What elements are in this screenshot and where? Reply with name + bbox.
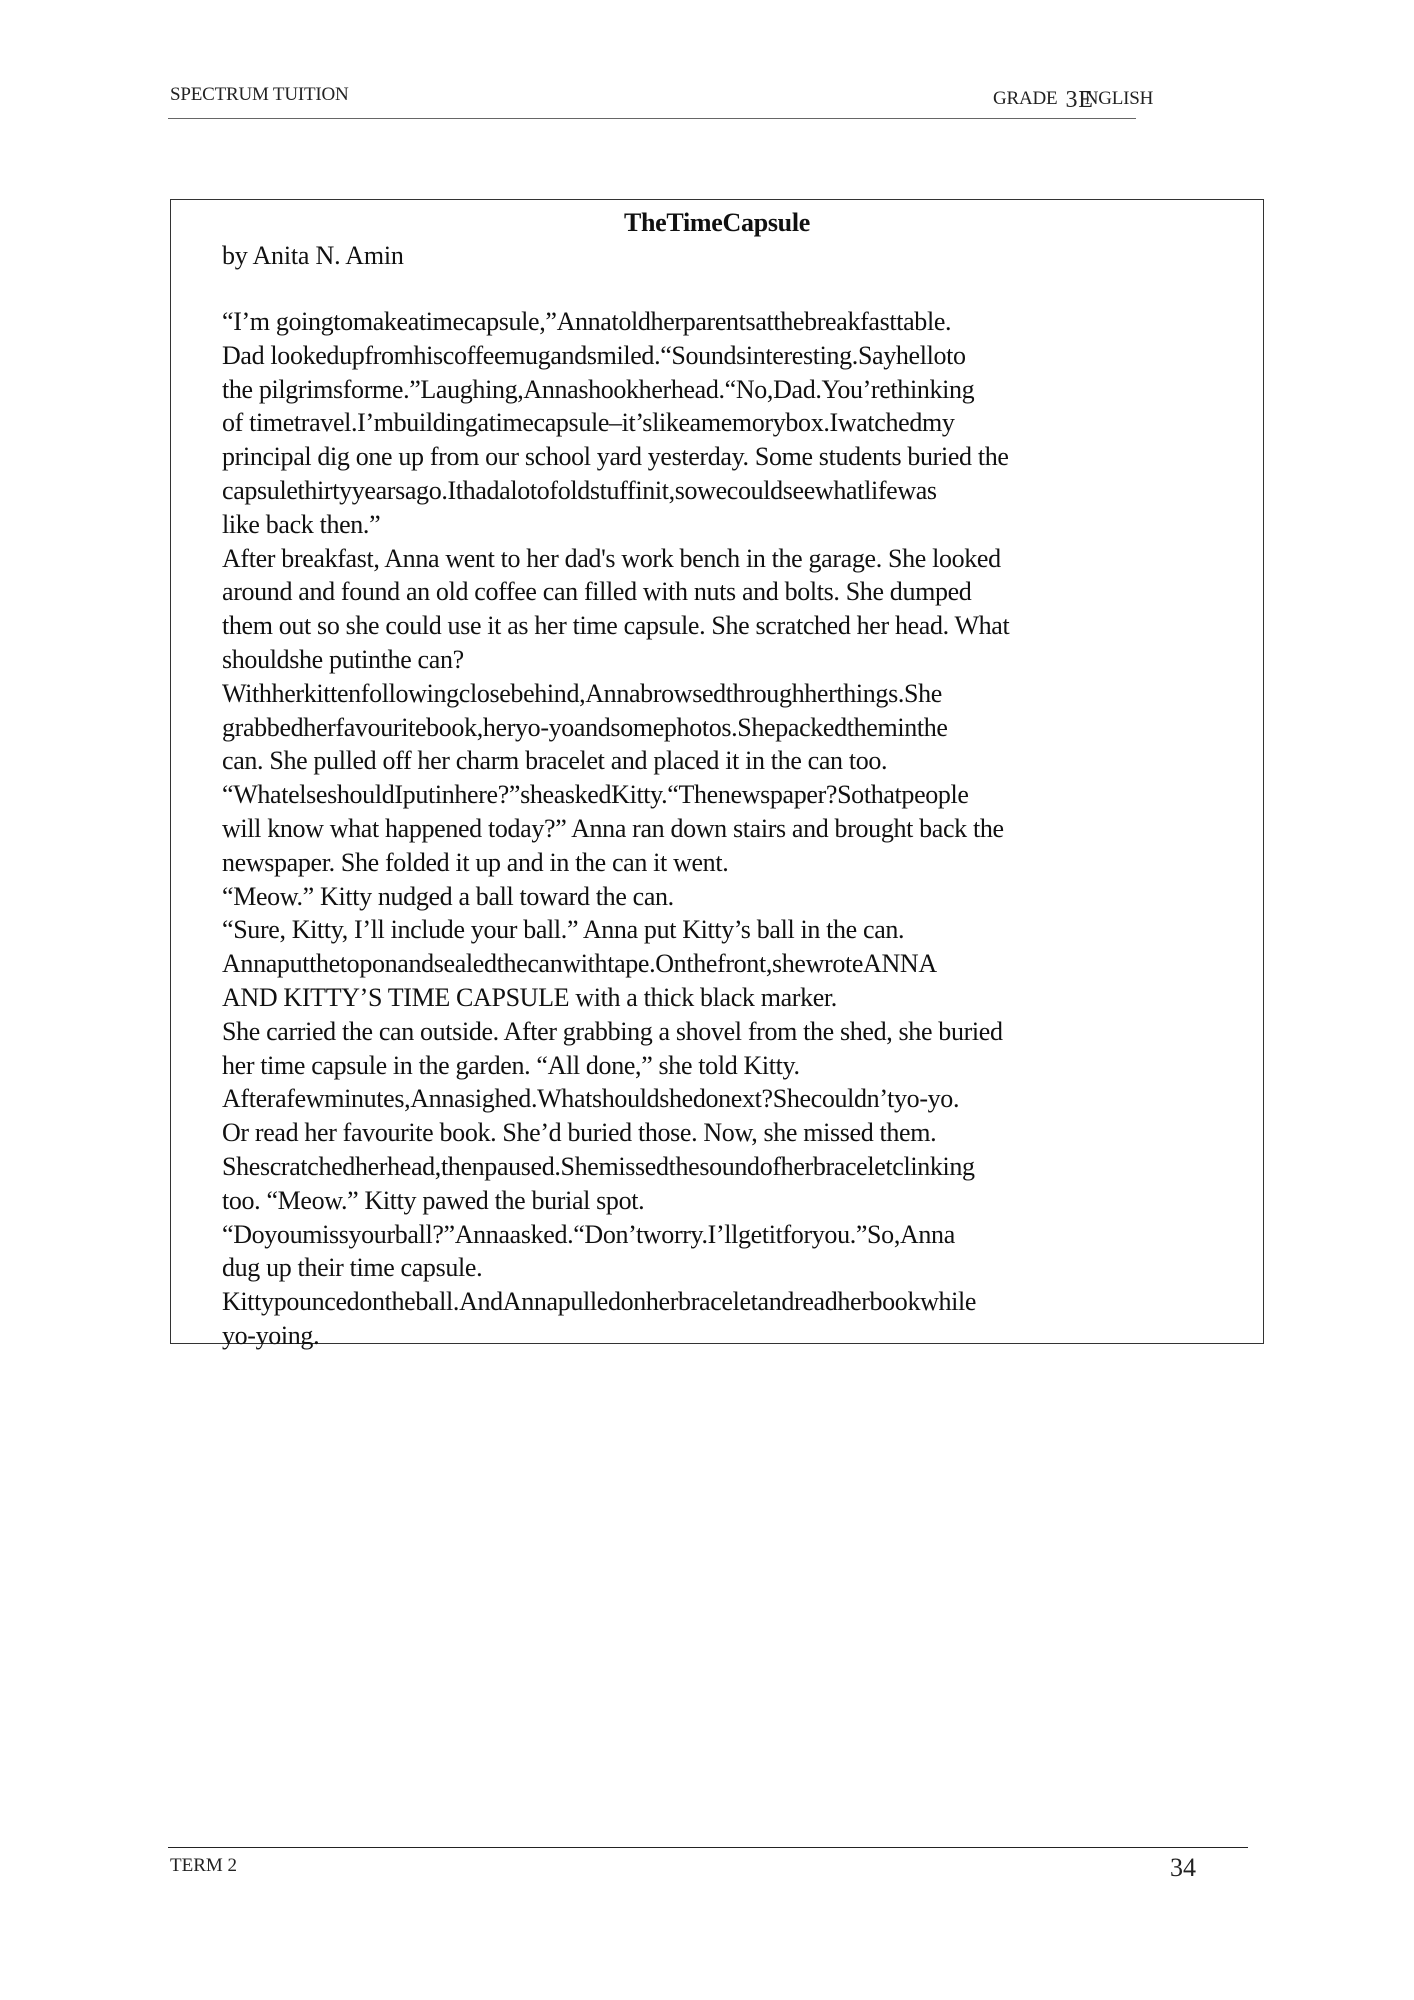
story-line: “I’m goingtomakeatimecapsule,”Annatoldhe… — [222, 305, 1242, 339]
story-line: capsulethirtyyearsago.Ithadalotofoldstuf… — [222, 474, 1242, 508]
story-line: like back then.” — [222, 508, 1242, 542]
story-line: too. “Meow.” Kitty pawed the burial spot… — [222, 1184, 1242, 1218]
story-line: AND KITTY’S TIME CAPSULE with a thick bl… — [222, 981, 1242, 1015]
story-line: “WhatelseshouldIputinhere?”sheaskedKitty… — [222, 778, 1242, 812]
story-line: Kittypouncedontheball.AndAnnapulledonher… — [222, 1285, 1242, 1319]
story-line: Annaputthetoponandsealedthecanwithtape.O… — [222, 947, 1242, 981]
story-line: her time capsule in the garden. “All don… — [222, 1049, 1242, 1083]
story-line: She carried the can outside. After grabb… — [222, 1015, 1242, 1049]
story-line: them out so she could use it as her time… — [222, 609, 1242, 643]
story-line: newspaper. She folded it up and in the c… — [222, 846, 1242, 880]
story-line: After breakfast, Anna went to her dad's … — [222, 542, 1242, 576]
story-line: around and found an old coffee can fille… — [222, 575, 1242, 609]
header-subject-initial: E — [1078, 87, 1092, 113]
header-grade-label: GRADE — [993, 88, 1057, 109]
story-line: Withherkittenfollowingclosebehind,Annabr… — [222, 677, 1242, 711]
header-grade-number: 3 — [1065, 87, 1077, 113]
story-line: Afterafewminutes,Annasighed.Whatshouldsh… — [222, 1082, 1242, 1116]
story-title: TheTimeCapsule — [171, 208, 1263, 238]
story-line: the pilgrimsforme.”Laughing,Annashookher… — [222, 373, 1242, 407]
story-author: by Anita N. Amin — [222, 241, 404, 271]
footer-term: TERM 2 — [170, 1855, 237, 1877]
header-divider — [168, 118, 1136, 119]
story-line: dug up their time capsule. — [222, 1251, 1242, 1285]
header-grade-subject: GRADE3ENGLISH — [993, 84, 1153, 111]
story-line: “Meow.” Kitty nudged a ball toward the c… — [222, 880, 1242, 914]
story-line: can. She pulled off her charm bracelet a… — [222, 744, 1242, 778]
story-line: “Sure, Kitty, I’ll include your ball.” A… — [222, 913, 1242, 947]
story-line: “Doyoumissyourball?”Annaasked.“Don’tworr… — [222, 1218, 1242, 1252]
story-line: Or read her favourite book. She’d buried… — [222, 1116, 1242, 1150]
story-line: shouldshe putinthe can? — [222, 643, 1242, 677]
story-line: grabbedherfavouritebook,heryo-yoandsomep… — [222, 711, 1242, 745]
header-subject-rest: NGLISH — [1085, 88, 1153, 109]
story-body: “I’m goingtomakeatimecapsule,”Annatoldhe… — [222, 305, 1242, 1353]
story-line: yo-yoing. — [222, 1319, 1242, 1353]
story-line: principal dig one up from our school yar… — [222, 440, 1242, 474]
story-line: of timetravel.I’mbuildingatimecapsule–it… — [222, 406, 1242, 440]
story-line: will know what happened today?” Anna ran… — [222, 812, 1242, 846]
footer-divider — [168, 1847, 1248, 1848]
header-school-name: SPECTRUM TUITION — [170, 84, 349, 106]
story-line: Shescratchedherhead,thenpaused.Shemissed… — [222, 1150, 1242, 1184]
story-line: Dad lookedupfromhiscoffeemugandsmiled.“S… — [222, 339, 1242, 373]
story-box: TheTimeCapsule by Anita N. Amin “I’m goi… — [170, 199, 1264, 1344]
page-number: 34 — [1170, 1853, 1196, 1883]
